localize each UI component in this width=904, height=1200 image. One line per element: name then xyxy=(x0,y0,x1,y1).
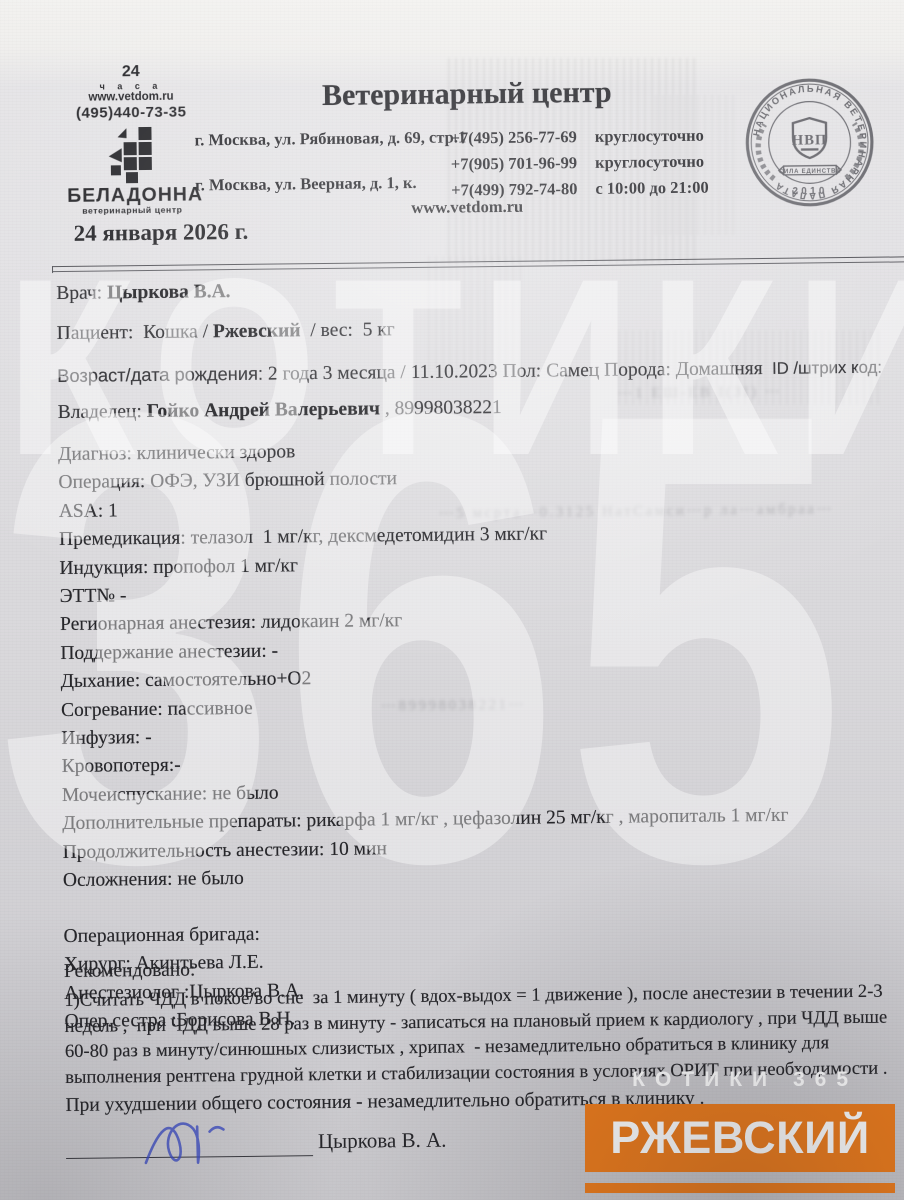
scan-artifact: ⋯89998038221⋯ xyxy=(381,693,701,716)
phone-line-2: +7(905) 701-96-99круглосуточно xyxy=(451,152,704,175)
address-line-2: г. Москва, ул. Веерная, д. 1, к. xyxy=(195,173,417,196)
document-content: 24 ч а с а www.vetdom.ru (495)440-73-35 … xyxy=(53,0,904,1200)
phone-number: +7(495) 256-77-69 xyxy=(450,127,576,147)
owner-label: Владелец: xyxy=(58,401,147,423)
name-badge: РЖЕВСКИЙ xyxy=(585,1104,895,1172)
logo-clinic-name: БЕЛАДОННА xyxy=(67,184,197,205)
divider-rule xyxy=(52,256,904,272)
logo-hours-24: 24 xyxy=(66,62,196,81)
handwritten-signature xyxy=(138,1103,319,1167)
phone-line-1: +7(495) 256-77-69круглосуточно xyxy=(450,126,703,149)
phone-number: +7(905) 701-96-99 xyxy=(451,153,577,173)
recommendations-title: Рекомендовано: xyxy=(64,956,196,986)
stamp-monogram: НВП xyxy=(792,132,828,148)
patient-name: Ржевский xyxy=(213,320,301,342)
owner-phone: , 89998038221 xyxy=(380,397,502,419)
badge-underline-bar xyxy=(585,1183,895,1193)
website-line: www.vetdom.ru xyxy=(411,197,523,218)
stamp-ribbon-text: СИЛА ЕДИНСТВА xyxy=(779,169,841,176)
clinic-logo: 24 ч а с а www.vetdom.ru (495)440-73-35 … xyxy=(66,62,198,215)
phone-note: с 10:00 до 21:00 xyxy=(595,178,709,198)
brand-caption: КОТИКИ 365 xyxy=(632,1068,858,1092)
doctor-name: Цыркова В.А. xyxy=(107,281,231,303)
doctor-line: Врач: Цыркова В.А. xyxy=(56,278,231,308)
document-date: 24 января 2026 г. xyxy=(73,219,248,247)
clinic-stamp: НАЦИОНАЛЬНАЯ ВЕТЕРИНАРНАЯ ПАЛАТА НВП СИЛ… xyxy=(736,69,884,217)
scanned-vet-document: 24 ч а с а www.vetdom.ru (495)440-73-35 … xyxy=(0,0,904,1200)
phone-note: круглосуточно xyxy=(595,152,704,172)
patient-weight: / вес: 5 кг xyxy=(300,319,394,341)
owner-line: Владелец: Гойко Андрей Валерьевич , 8999… xyxy=(57,394,501,427)
age-value: 2 года 3 месяца / 11.10.2023 Пол: Самец … xyxy=(263,358,763,385)
signatory-name: Цыркова В. А. xyxy=(318,1128,447,1154)
id-barcode-label: ID /штрих код: xyxy=(763,358,883,378)
address-line-1: г. Москва, ул. Рябиновая, д. 69, стр.1 xyxy=(194,127,466,150)
patient-line: Пациент: Кошка / Ржевский / вес: 5 кг xyxy=(57,316,395,348)
doctor-label: Врач: xyxy=(56,282,107,304)
age-label: Возраст/дата рождения: xyxy=(57,363,263,386)
owner-name: Гойко Андрей Валерьевич xyxy=(147,398,380,422)
patient-label: Пациент: Кошка / xyxy=(57,321,213,344)
stamp-year: 2010 xyxy=(793,186,828,197)
scan-artifact: ⋯1 ЕШ-ЕВ І(ЗІ) ⋯ xyxy=(617,380,904,402)
page-title: Ветеринарный центр xyxy=(322,76,612,113)
logo-clinic-subtitle: ветеринарный центр xyxy=(67,204,197,215)
pixel-dog-icon xyxy=(108,125,155,184)
phone-note: круглосуточно xyxy=(595,126,704,146)
stamp-laurel-left xyxy=(758,124,774,179)
logo-phone: (495)440-73-35 xyxy=(66,103,196,121)
